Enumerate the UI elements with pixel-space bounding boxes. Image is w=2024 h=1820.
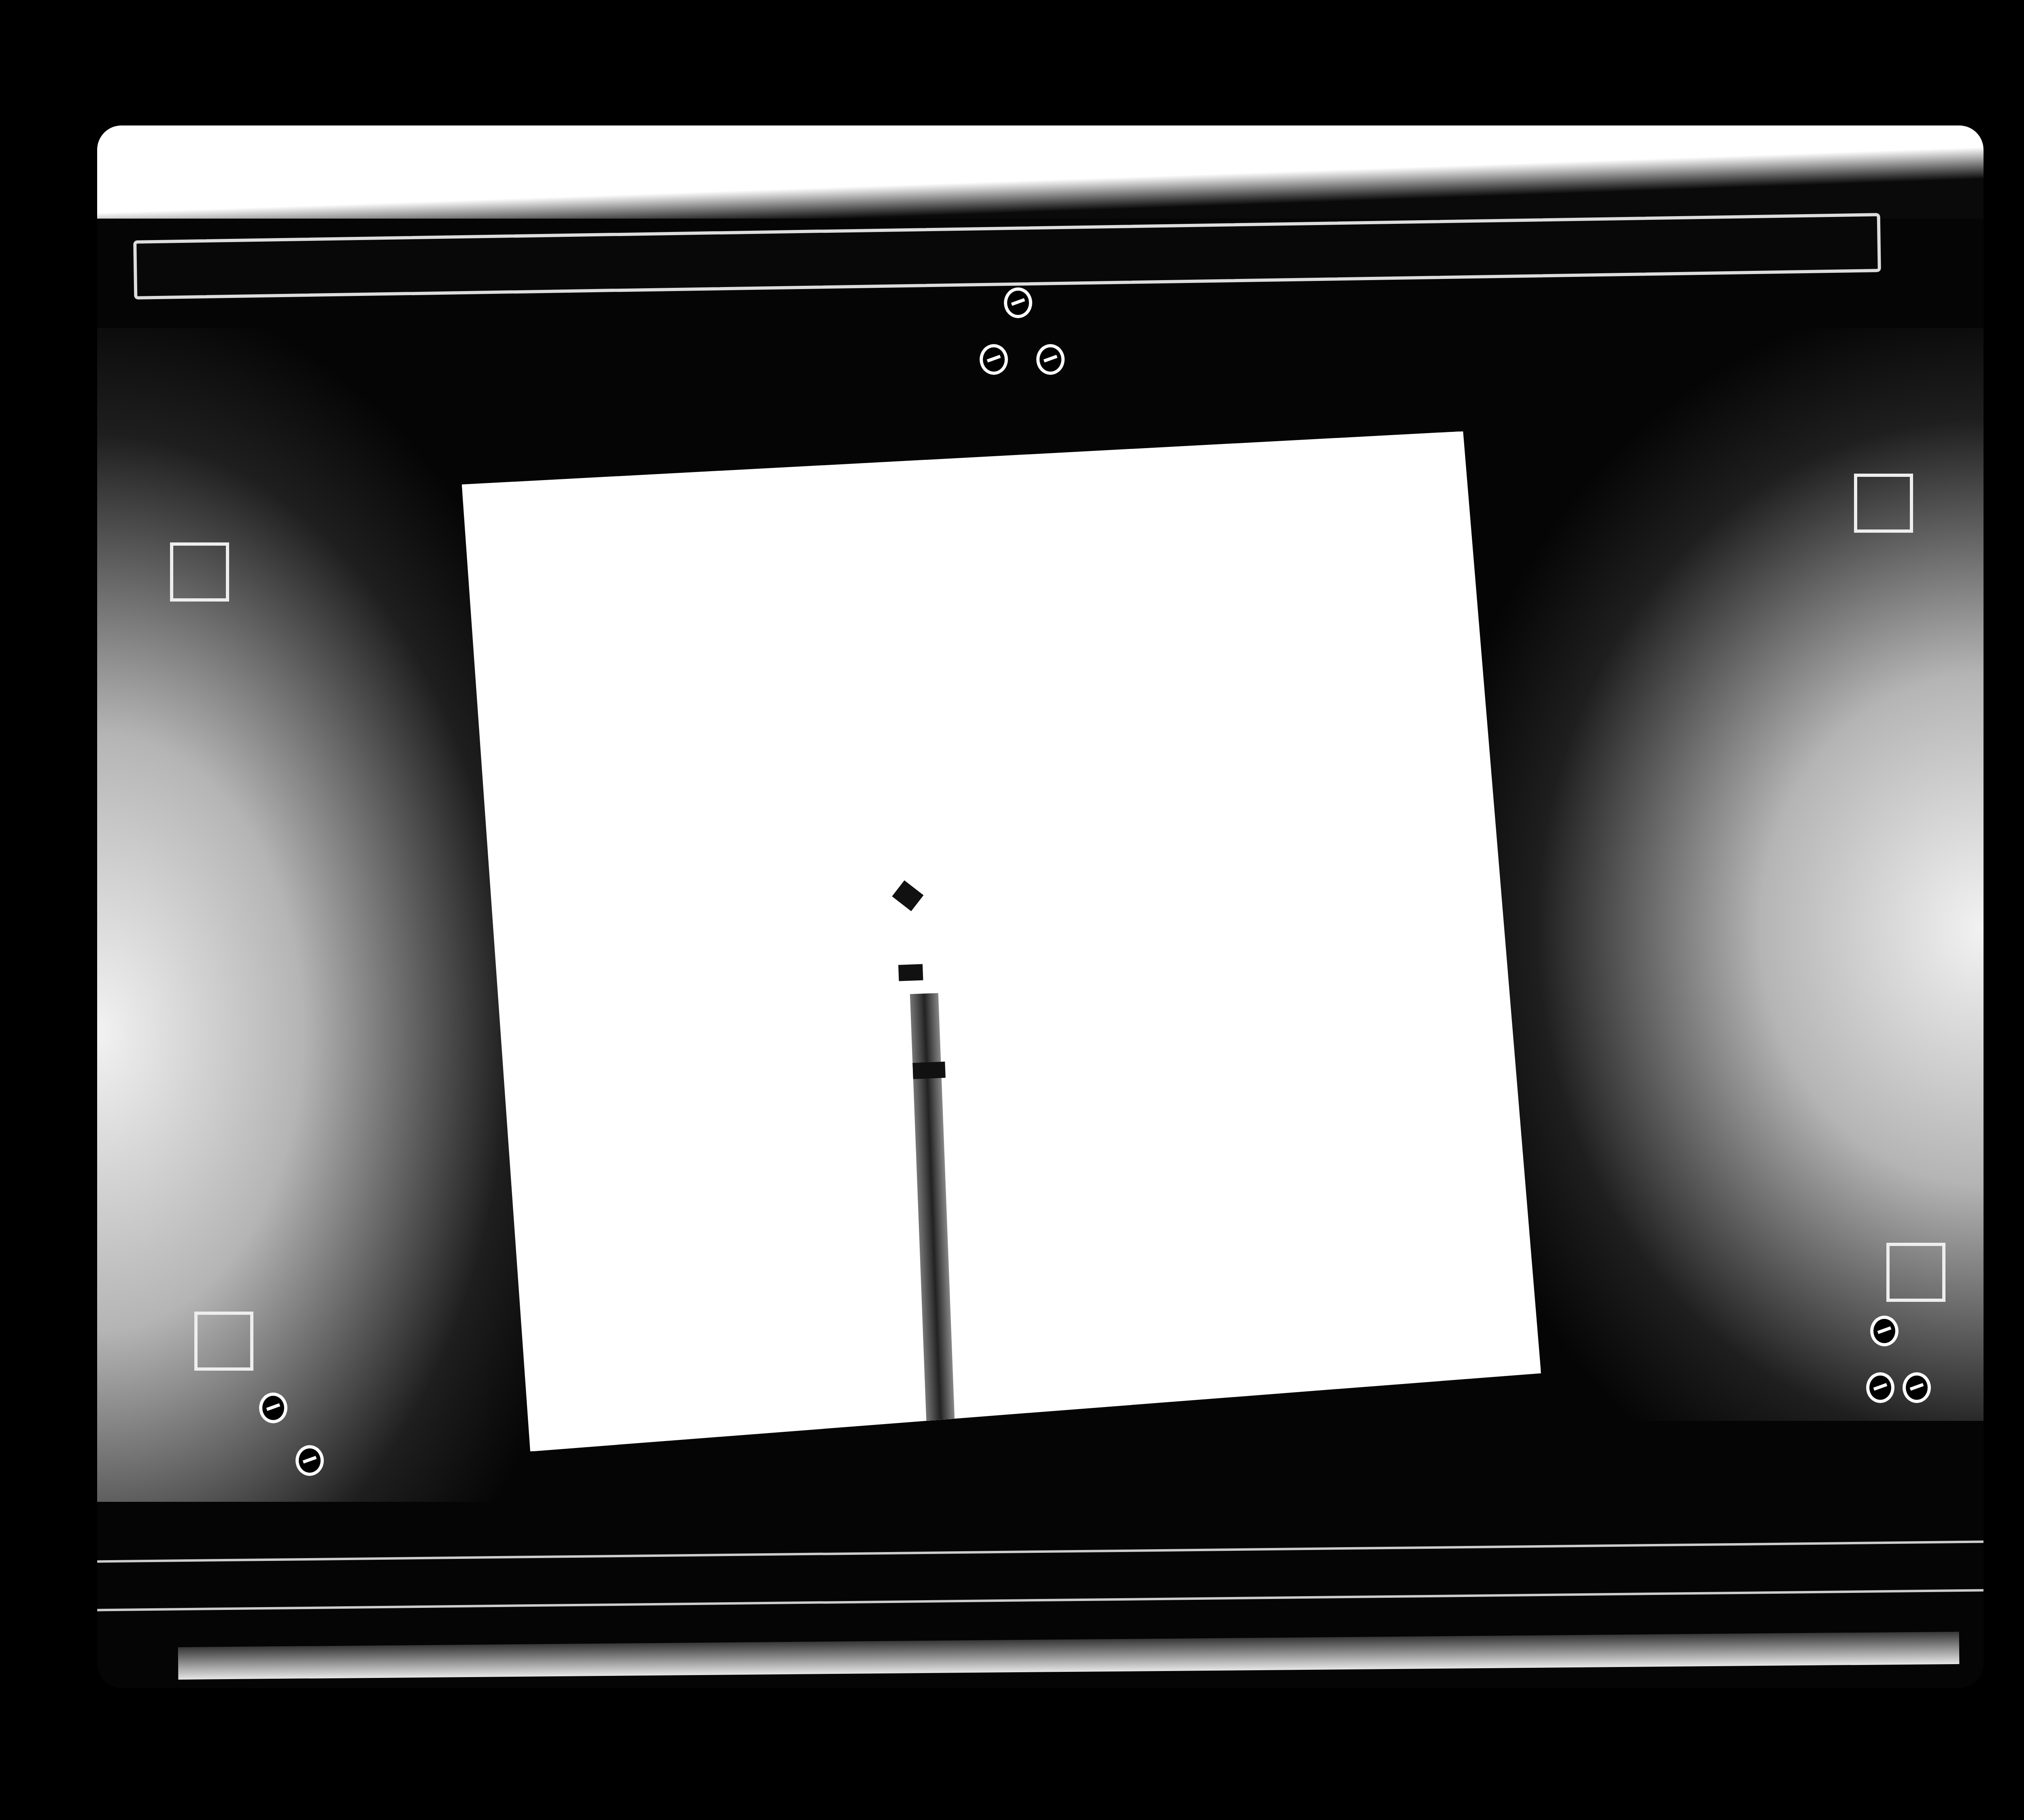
- screw-icon: [1036, 344, 1065, 375]
- screw-icon: [1866, 1372, 1894, 1403]
- corner-bracket: [194, 1312, 253, 1371]
- screw-icon: [1903, 1372, 1931, 1403]
- bottom-rail: [97, 1541, 1984, 1563]
- bottom-rail: [97, 1589, 1984, 1612]
- top-light-strip: [97, 125, 1984, 219]
- screw-icon: [1004, 287, 1032, 318]
- screw-icon: [1870, 1316, 1899, 1346]
- corner-bracket: [170, 542, 229, 602]
- open-book: [461, 429, 1542, 1452]
- corner-bracket: [1854, 474, 1913, 533]
- page-tab: [912, 1061, 945, 1079]
- screw-icon: [296, 1445, 324, 1476]
- bottom-reflection: [178, 1632, 1960, 1680]
- scan-scene: [0, 0, 2024, 1820]
- page-tab: [898, 964, 923, 981]
- holder-top-bar: [133, 213, 1881, 300]
- screw-icon: [980, 344, 1008, 375]
- page-tab: [892, 880, 924, 911]
- corner-bracket: [1886, 1243, 1945, 1302]
- screw-icon: [259, 1393, 287, 1423]
- book-gutter: [910, 993, 955, 1427]
